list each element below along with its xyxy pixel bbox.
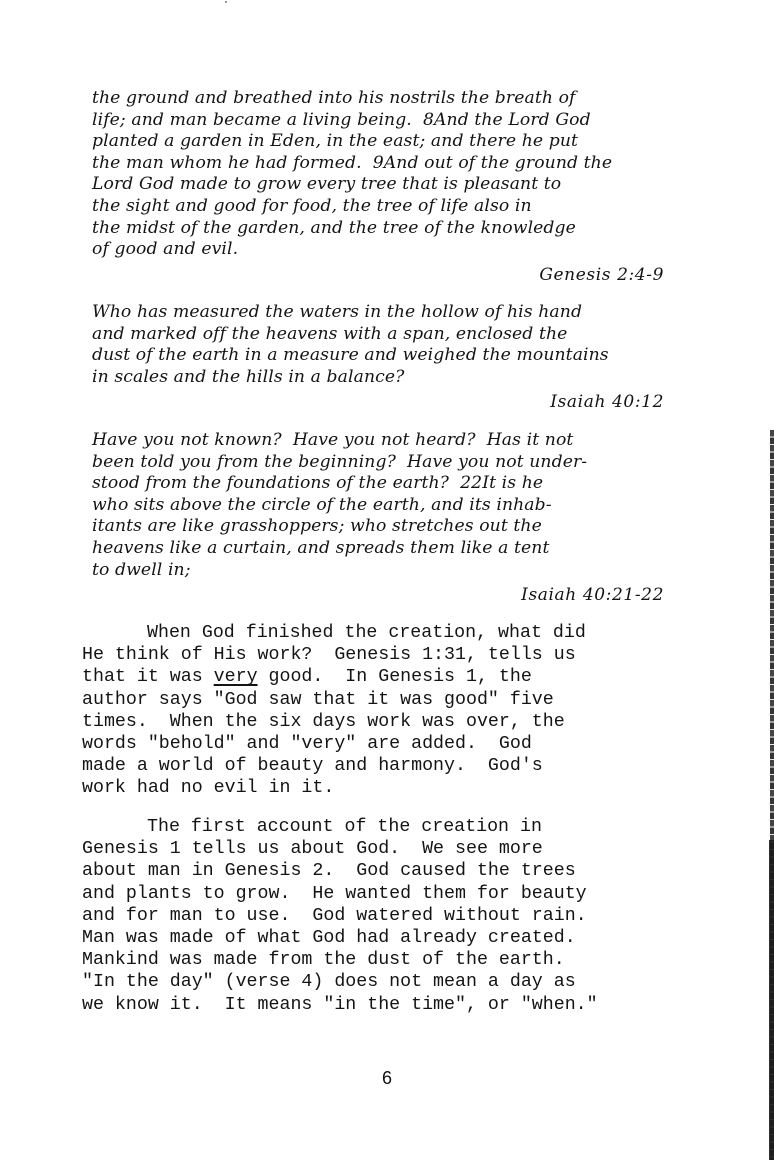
quote-citation: Isaiah 40:12 — [92, 392, 672, 414]
quote-line: the man whom he had formed. 9And out of … — [92, 153, 672, 175]
paragraph-line: and for man to use. God watered without … — [82, 905, 682, 927]
quote-line: life; and man became a living being. 8An… — [92, 110, 672, 132]
scripture-quote-isaiah-12: Who has measured the waters in the hollo… — [92, 302, 672, 414]
paragraph-line: about man in Genesis 2. God caused the t… — [82, 860, 682, 882]
quote-line: itants are like grasshoppers; who stretc… — [92, 516, 672, 538]
paragraph-line: words "behold" and "very" are added. God — [82, 733, 682, 755]
scan-speck — [225, 1, 227, 3]
paragraph-line: made a world of beauty and harmony. God'… — [82, 755, 682, 777]
quote-line: dust of the earth in a measure and weigh… — [92, 345, 672, 367]
paragraph-line: times. When the six days work was over, … — [82, 711, 682, 733]
emphasized-word: very — [214, 667, 258, 687]
paragraph-line: The first account of the creation in — [82, 816, 682, 838]
body-paragraph-1: When God finished the creation, what did… — [82, 622, 682, 800]
body-paragraph-2: The first account of the creation in Gen… — [82, 816, 682, 1016]
quote-line: Lord God made to grow every tree that is… — [92, 174, 672, 196]
quote-line: stood from the foundations of the earth?… — [92, 473, 672, 495]
quote-line: the ground and breathed into his nostril… — [92, 88, 672, 110]
paragraph-line: When God finished the creation, what did — [82, 622, 682, 644]
quote-line: the midst of the garden, and the tree of… — [92, 218, 672, 240]
paragraph-line: He think of His work? Genesis 1:31, tell… — [82, 644, 682, 666]
quote-line: planted a garden in Eden, in the east; a… — [92, 131, 672, 153]
quote-citation: Isaiah 40:21-22 — [92, 585, 672, 607]
quote-line: Who has measured the waters in the hollo… — [92, 302, 672, 324]
page-binding-edge-lower — [769, 840, 774, 1160]
paragraph-line: and plants to grow. He wanted them for b… — [82, 883, 682, 905]
paragraph-line: work had no evil in it. — [82, 777, 682, 799]
scripture-quote-genesis: the ground and breathed into his nostril… — [92, 88, 672, 286]
quote-line: been told you from the beginning? Have y… — [92, 452, 672, 474]
quote-line: in scales and the hills in a balance? — [92, 367, 672, 389]
paragraph-line: author says "God saw that it was good" f… — [82, 689, 682, 711]
paragraph-line: Man was made of what God had already cre… — [82, 927, 682, 949]
quote-line: and marked off the heavens with a span, … — [92, 324, 672, 346]
page-number: 6 — [0, 1068, 774, 1089]
paragraph-line-end: good. In Genesis 1, the — [258, 667, 532, 687]
paragraph-line: Genesis 1 tells us about God. We see mor… — [82, 838, 682, 860]
quote-line: of good and evil. — [92, 239, 672, 261]
paragraph-line: Mankind was made from the dust of the ea… — [82, 949, 682, 971]
document-page: the ground and breathed into his nostril… — [0, 0, 774, 1160]
quote-citation: Genesis 2:4-9 — [92, 265, 672, 287]
paragraph-line: that it was very good. In Genesis 1, the — [82, 666, 682, 688]
paragraph-line-start: that it was — [82, 667, 214, 687]
quote-line: to dwell in; — [92, 560, 672, 582]
quote-line: heavens like a curtain, and spreads them… — [92, 538, 672, 560]
scripture-quote-isaiah-21-22: Have you not known? Have you not heard? … — [92, 430, 672, 607]
paragraph-line: "In the day" (verse 4) does not mean a d… — [82, 971, 682, 993]
quote-line: the sight and good for food, the tree of… — [92, 196, 672, 218]
paragraph-line: we know it. It means "in the time", or "… — [82, 994, 682, 1016]
quote-line: who sits above the circle of the earth, … — [92, 495, 672, 517]
quote-line: Have you not known? Have you not heard? … — [92, 430, 672, 452]
